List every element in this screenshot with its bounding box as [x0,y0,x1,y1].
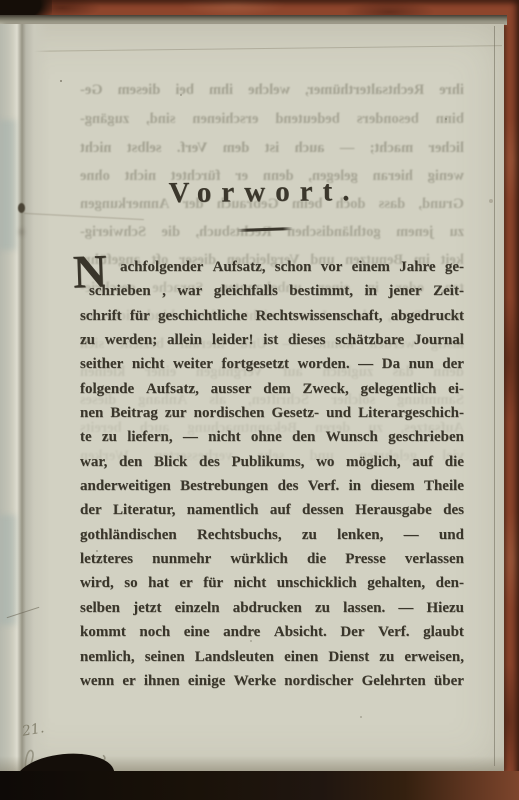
body-text-line: gothländischenRechtsbuchs,zulenken,—und [80,527,464,551]
body-text-line: wennerihneneinigeWerkenordischerGelehrte… [80,673,464,697]
body-text-line: achfolgenderAufsatz,schonvoreinemJahrege… [80,259,464,283]
book-scan-page: ihreRechtsalterthümer,welcheihmbeidiesem… [0,0,519,800]
body-text-line: selbenjetzteinzelnabdruckenzulassen.—Hie… [80,600,464,624]
body-text-line: schrieben,wargleichfallsbestimmt,injener… [80,283,464,307]
body-text-line: tezuliefern,—nichtohnedenWunschgeschrieb… [80,429,464,453]
body-text-line: seithernichtweiterfortgesetztworden.—Dan… [80,356,464,380]
body-text-line: kommtnocheineandreAbsicht.DerVerf.glaubt [80,624,464,648]
body-text-line: anderweitigenBestrebungendesVerf.indiese… [80,478,464,502]
body-text-line: war,denBlickdesPublikums,womöglich,aufdi… [80,454,464,478]
bleed-line: zujenemgothländischenRechtsbuch,dieSchwi… [80,222,464,242]
body-text-line: letzteresnunmehrwürklichdiePresseverlass… [80,551,464,575]
bleed-line: lichermacht;—auchistdemVerf.selbstnicht [80,138,464,158]
bottom-board-shadow [0,771,519,800]
body-text-block: achfolgenderAufsatz,schonvoreinemJahrege… [80,259,464,697]
bleed-line: binnbesondersbedeutenderschienensind,zug… [80,109,464,129]
body-text-line: schriftfürgeschichtlicheRechtswissenscha… [80,308,464,332]
body-text-line: nenBeitragzurnordischenGesetz-undLiterar… [80,405,464,429]
chapter-heading: Vorwort. [72,174,456,211]
bleed-line: ihreRechtsalterthümer,welcheihmbeidiesem… [80,80,464,100]
body-text-line: nemlich,seinenLandsleuteneinenDienstzuer… [80,649,464,673]
body-text-line: zuwerden;alleinleider!istdiesesschätzbar… [80,332,464,356]
body-text-line: wird,sohaterfürnichtunschicklichgehalten… [80,575,464,599]
body-text-line: folgendeAufsatz,ausserdemZweck,gelegentl… [80,381,464,405]
body-text-line: derLiteratur,namentlichaufdessenHerausga… [80,502,464,526]
